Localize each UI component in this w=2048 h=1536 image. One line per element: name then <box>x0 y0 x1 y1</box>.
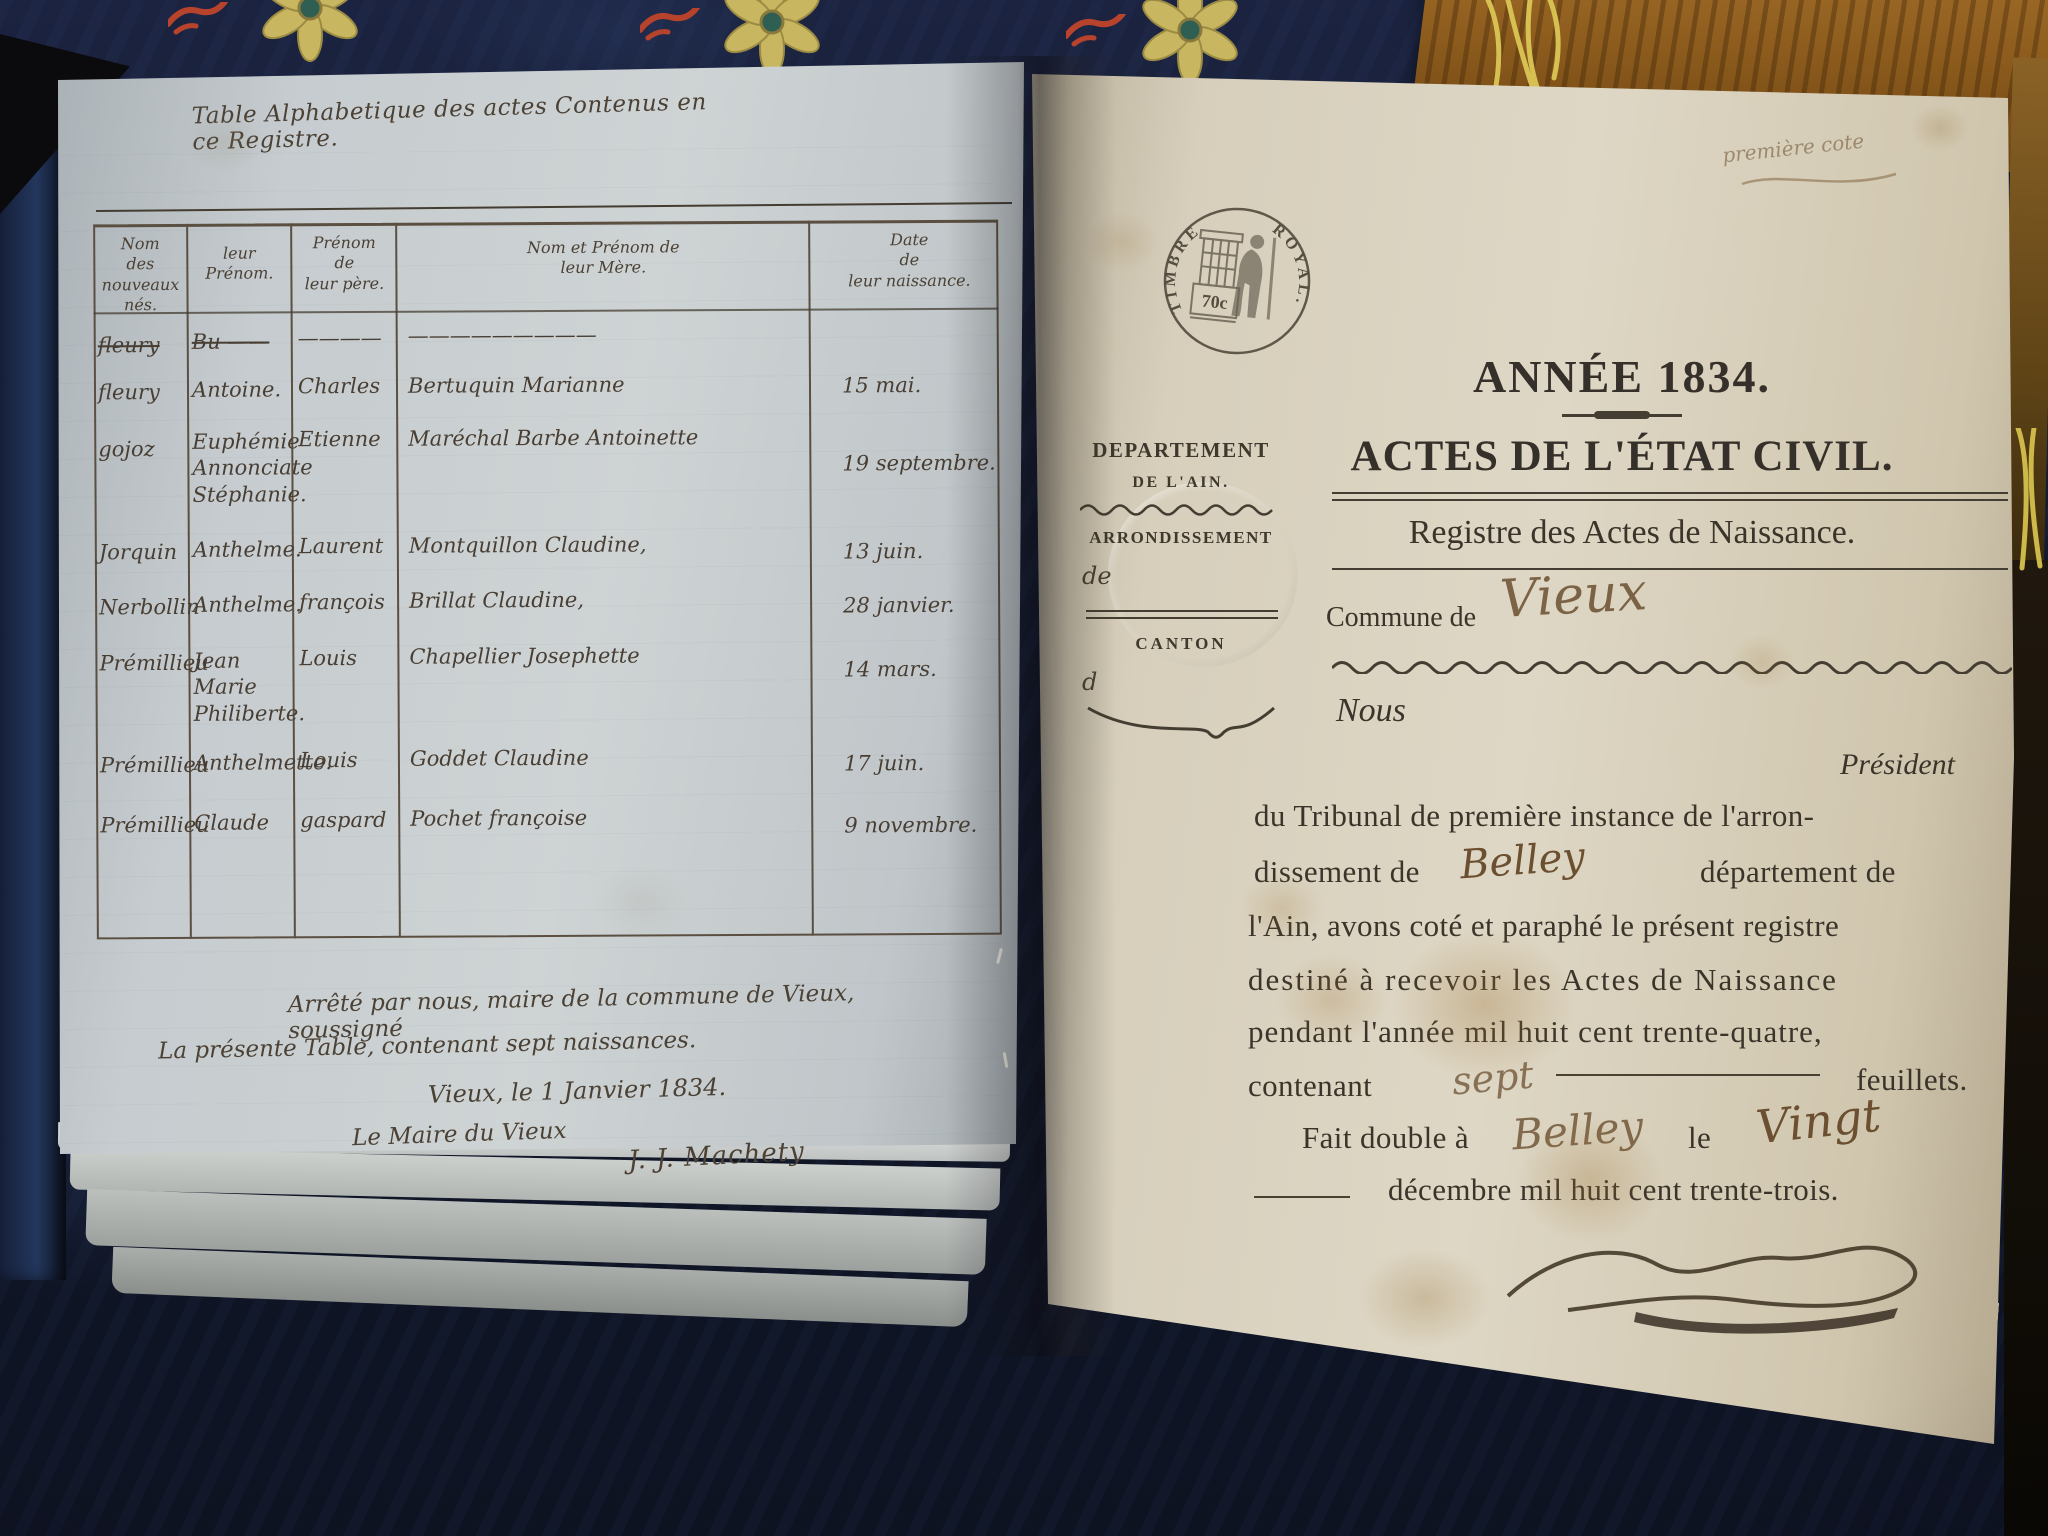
president-word: Président <box>1840 748 1955 782</box>
cell-nom: Prémillieu <box>100 752 186 779</box>
cell-mere: Goddet Claudine <box>410 744 802 772</box>
register-table: Nom des nouveaux nés. leur Prénom. Préno… <box>93 220 1002 940</box>
header-pere: Prénom de leur père. <box>297 233 391 295</box>
cell-nom: Prémillieu <box>99 650 185 677</box>
header-prenom: leur Prénom. <box>191 233 287 284</box>
commune-label: Commune de <box>1326 602 1476 634</box>
cell-pere: Louis <box>300 747 394 774</box>
commune-handwritten-value: Vieux <box>1499 562 1649 630</box>
book-gutter-shadow <box>946 56 1116 1356</box>
body-line-8: décembre mil huit cent trente-trois. <box>1388 1172 1839 1208</box>
register-subtitle: Registre des Actes de Naissance. <box>1322 514 1942 552</box>
cell-prenom: Euphémie Annonciate Stéphanie. <box>192 428 288 507</box>
acts-title: ACTES DE L'ÉTAT CIVIL. <box>1312 432 1932 481</box>
cell-pere: gaspard <box>300 807 394 834</box>
cell-pere: ———— <box>298 325 392 352</box>
fill-dash <box>1254 1196 1350 1198</box>
fait-double-place-handwritten: Belley <box>1510 1101 1644 1159</box>
body-line-7b: le <box>1688 1120 1711 1156</box>
embroidery-sprig-icon <box>1066 14 1136 58</box>
body-line-4: destiné à recevoir les Actes de Naissanc… <box>1248 962 1838 998</box>
body-line-5: pendant l'année mil huit cent trente-qua… <box>1248 1014 1823 1050</box>
cell-mere: Bertuquin Marianne <box>408 371 800 399</box>
year-heading: ANNÉE 1834. <box>1332 350 1912 403</box>
cell-mere: Pochet françoise <box>410 804 802 832</box>
embroidery-sprig-icon <box>640 8 710 52</box>
revenue-stamp: TIMBRE ROYAL. 70c <box>1152 196 1321 365</box>
cell-prenom: Anthelmette. <box>194 749 290 776</box>
body-line-2a: dissement de <box>1254 854 1420 890</box>
body-line-7a: Fait double à <box>1302 1120 1469 1156</box>
arrondissement-handwritten: Belley <box>1459 834 1587 889</box>
header-mere: Nom et Prénom de leur Mère. <box>407 231 799 280</box>
cell-prenom: Bu —— <box>192 328 288 355</box>
double-rule <box>1332 492 2008 501</box>
cell-pere: Charles <box>298 373 392 400</box>
cell-prenom: Antoine. <box>192 376 288 403</box>
body-line-1: du Tribunal de première instance de l'ar… <box>1254 798 1814 834</box>
cell-nom: Nerbollin <box>99 594 185 621</box>
cell-mere: ————————— <box>408 321 800 349</box>
cell-mere: Maréchal Barbe Antoinette <box>408 424 800 452</box>
header-nom: Nom des nouveaux nés. <box>97 234 183 316</box>
cell-nom: Jorquin <box>99 539 185 566</box>
cell-mere: Montquillon Claudine, <box>409 531 801 559</box>
cell-nom: fleury <box>98 379 184 406</box>
cell-prenom: Jean Marie Philiberte. <box>193 647 289 726</box>
cell-pere: françois <box>299 589 393 616</box>
embroidered-flower-icon <box>250 0 370 70</box>
fill-dash <box>1556 1074 1820 1076</box>
embroidery-sprig-icon <box>168 2 238 46</box>
cell-prenom: Claude <box>194 809 290 836</box>
body-line-6a: contenant <box>1248 1068 1372 1104</box>
cell-prenom: Anthelme. <box>193 536 289 563</box>
yellow-thread-icon <box>2010 428 2048 578</box>
cell-pere: Etienne <box>298 426 392 453</box>
president-signature-flourish-icon <box>1496 1212 1936 1342</box>
body-line-3: l'Ain, avons coté et paraphé le présent … <box>1248 908 1839 944</box>
cell-nom: gojoz <box>98 436 184 463</box>
body-line-2b: département de <box>1700 854 1896 890</box>
cell-pere: Laurent <box>299 533 393 560</box>
cell-prenom: Anthelme. <box>193 591 289 618</box>
cell-mere: Brillat Claudine, <box>409 586 801 614</box>
cell-mere: Chapellier Josephette <box>409 642 801 670</box>
nous-word: Nous <box>1336 692 1406 730</box>
wavy-rule-icon <box>1332 656 2012 674</box>
rule <box>1332 568 2008 570</box>
decorative-rule-center <box>1594 411 1650 419</box>
cell-pere: Louis <box>299 645 393 672</box>
cell-nom: fleury <box>98 332 184 359</box>
corner-note-flourish-icon <box>1736 168 1906 194</box>
stamp-value: 70c <box>1201 290 1229 313</box>
cell-nom: Prémillieu <box>100 812 186 839</box>
feuillets-count-handwritten: sept <box>1450 1053 1535 1104</box>
photo-of-open-register-book: Table Alphabetique des actes Contenus en… <box>0 0 2048 1536</box>
